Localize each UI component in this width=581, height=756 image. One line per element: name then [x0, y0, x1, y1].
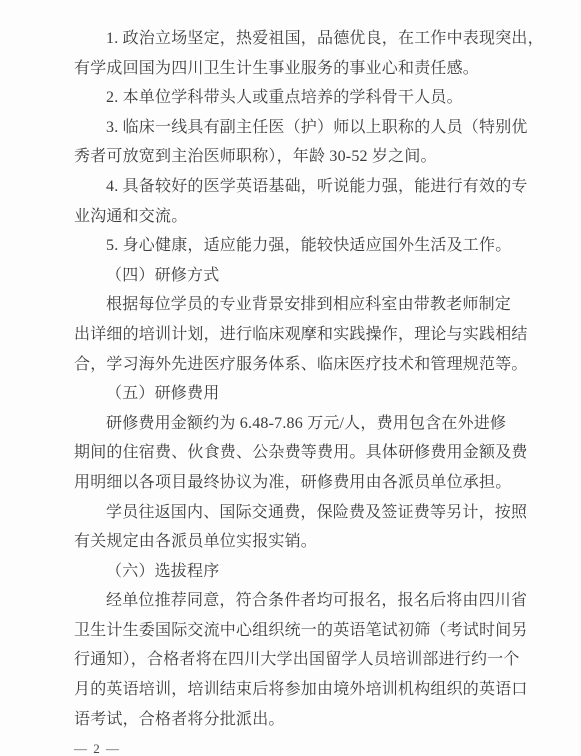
- section-heading: （四）研修方式: [74, 261, 526, 291]
- text-line: 2. 本单位学科带头人或重点培养的学科骨干人员。: [74, 83, 526, 113]
- text-line: 秀者可放宽到主治医师职称），年龄 30-52 岁之间。: [74, 142, 526, 172]
- text-line: 4. 具备较好的医学英语基础，听说能力强，能进行有效的专: [74, 172, 526, 202]
- text-line: 合，学习海外先进医疗服务体系、临床医疗技术和管理规范等。: [74, 350, 526, 380]
- text-line: 1. 政治立场坚定，热爱祖国，品德优良，在工作中表现突出，: [74, 24, 526, 54]
- text-line: 出详细的培训计划，进行临床观摩和实践操作，理论与实践相结: [74, 320, 526, 350]
- text-line: 根据每位学员的专业背景安排到相应科室由带教老师制定: [74, 290, 526, 320]
- text-line: 用明细以各项目最终协议为准，研修费用由各派员单位承担。: [74, 468, 526, 498]
- page-number: — 2 —: [74, 734, 533, 756]
- text-line: 期间的住宿费、伙食费、公杂费等费用。具体研修费用金额及费: [74, 438, 526, 468]
- text-line: 月的英语培训，培训结束后将参加由境外培训机构组织的英语口: [74, 675, 526, 705]
- text-line: 业沟通和交流。: [74, 202, 526, 232]
- text-line: 卫生计生委国际交流中心组织统一的英语笔试初筛（考试时间另: [74, 616, 526, 646]
- text-line: 有关规定由各派员单位实报实销。: [74, 527, 526, 557]
- section-heading: （六）选拔程序: [74, 557, 526, 587]
- text-line: 5. 身心健康，适应能力强，能较快适应国外生活及工作。: [74, 231, 526, 261]
- text-line: 经单位推荐同意，符合条件者均可报名，报名后将由四川省: [74, 586, 526, 616]
- text-line: 3. 临床一线具有副主任医（护）师以上职称的人员（特别优: [74, 113, 526, 143]
- text-line: 研修费用金额约为 6.48-7.86 万元/人，费用包含在外进修: [74, 409, 526, 439]
- text-line: 学员往返国内、国际交通费，保险费及签证费等另计，按照: [74, 498, 526, 528]
- document-body: 1. 政治立场坚定，热爱祖国，品德优良，在工作中表现突出， 有学成回国为四川卫生…: [74, 24, 526, 734]
- text-line: 有学成回国为四川卫生计生事业服务的事业心和责任感。: [74, 54, 526, 84]
- text-line: 行通知），合格者将在四川大学出国留学人员培训部进行约一个: [74, 645, 526, 675]
- text-line: 语考试，合格者将分批派出。: [74, 705, 526, 735]
- document-page: 1. 政治立场坚定，热爱祖国，品德优良，在工作中表现突出， 有学成回国为四川卫生…: [0, 0, 581, 756]
- section-heading: （五）研修费用: [74, 379, 526, 409]
